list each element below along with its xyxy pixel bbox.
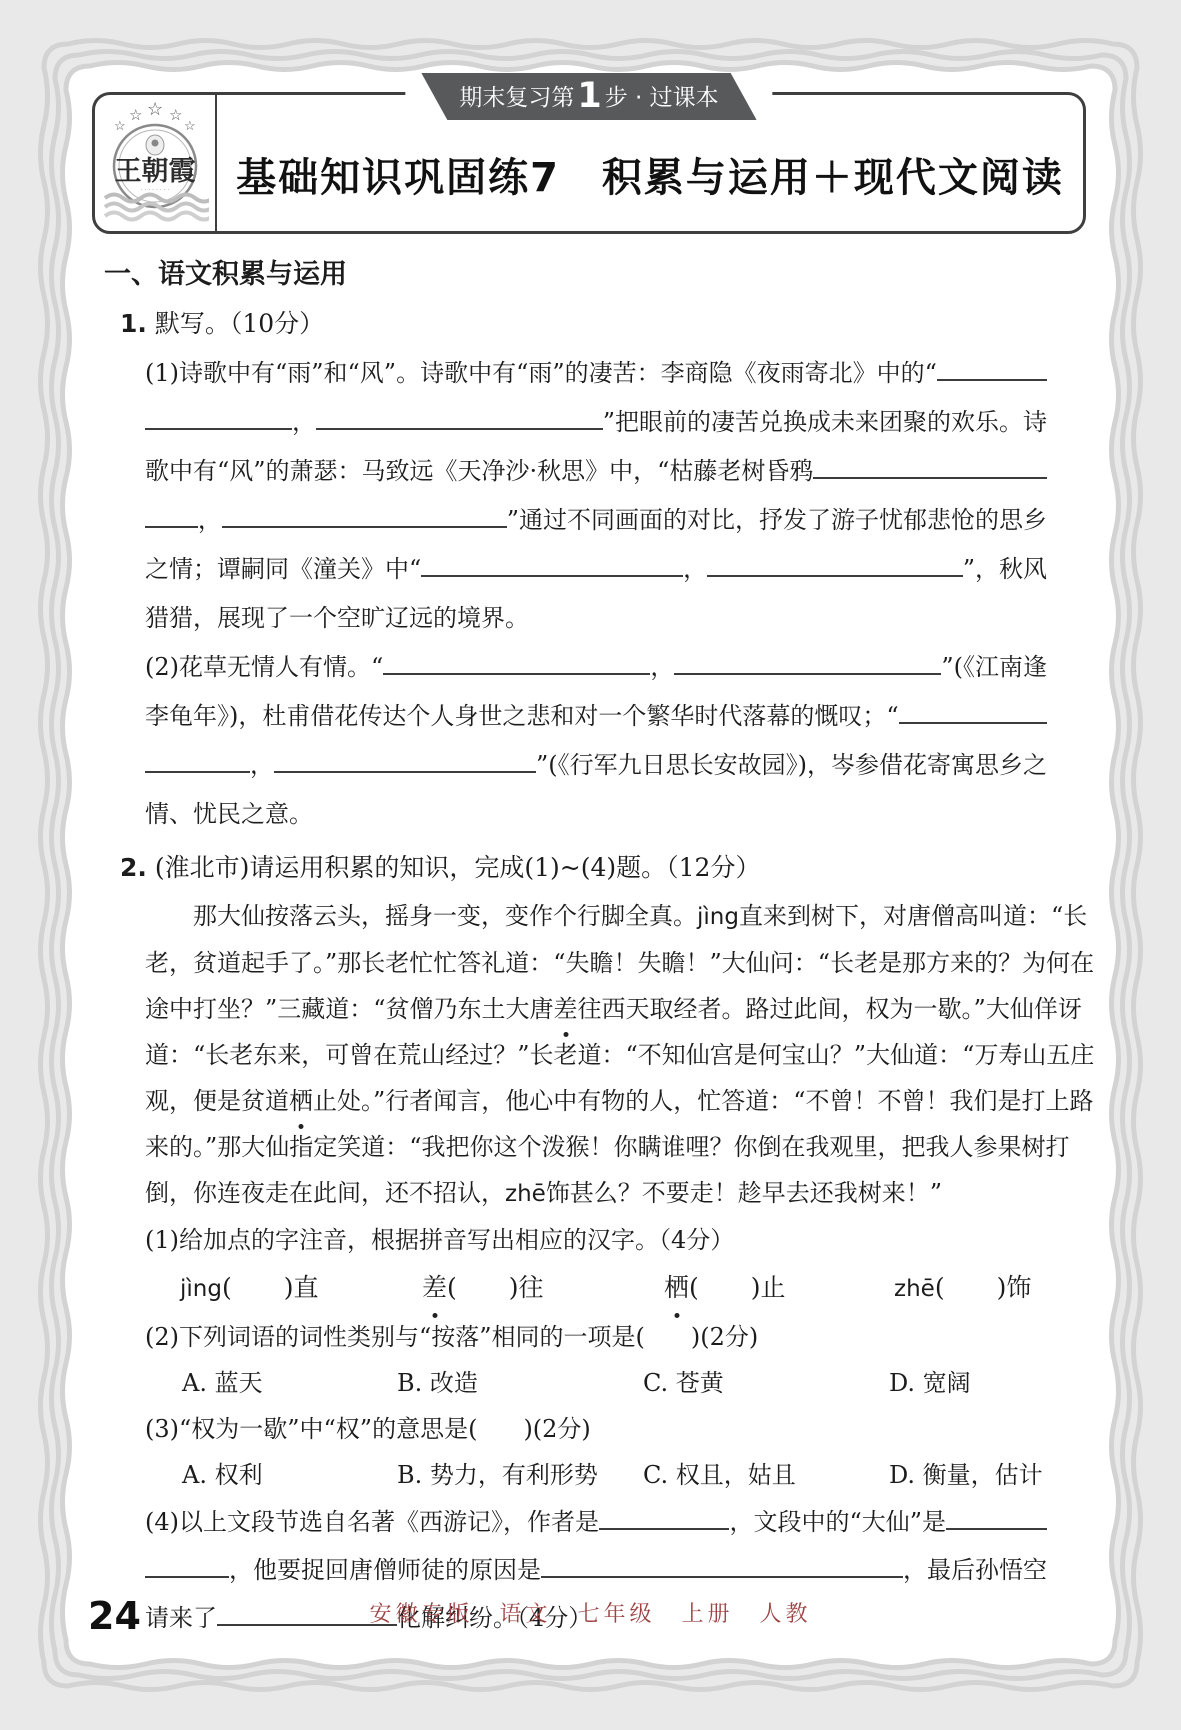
text-line: ，”(《行军九日思长安故园》)，岑参借花寄寓思乡之 xyxy=(145,741,1047,790)
subq2-options: A. 蓝天 B. 改造 C. 苍黄 D. 宽阔 xyxy=(182,1360,1111,1406)
pinyin-text: jìng xyxy=(180,1264,222,1314)
question-2-number: 2. xyxy=(120,853,147,882)
text-line: (4)以上文段节选自名著《西游记》，作者是，文段中的“大仙”是 xyxy=(145,1498,1047,1546)
blank-underline xyxy=(899,697,1047,724)
text-line: ，他要捉回唐僧师徒的原因是，最后孙悟空 xyxy=(145,1546,1047,1594)
text-run: (4)以上文段节选自名著《西游记》，作者是 xyxy=(145,1498,599,1546)
text-run: )往 xyxy=(509,1263,544,1313)
pinyin-text: jìng xyxy=(697,894,739,940)
text-run: (3)“权为一歇”中“权”的意思是( xyxy=(145,1406,477,1452)
text-line: 情、忧民之意。 xyxy=(145,790,1047,839)
text-run: ”通过不同画面的对比，抒发了游子忧郁悲怆的思乡 xyxy=(507,496,1047,545)
text-run: ，他要捉回唐僧师徒的原因是 xyxy=(229,1546,541,1594)
pinyin-item: 栖()止 xyxy=(664,1263,894,1314)
passage-line: 观，便是贫道栖止处。”行者闻言，他心中有物的人，忙答道：“不曾！不曾！我们是打上… xyxy=(145,1078,1047,1124)
blank-underline xyxy=(541,1551,903,1578)
svg-text:· · · · · · · ·: · · · · · · · · xyxy=(141,187,170,194)
text-run: (1)给加点的字注音，根据拼音写出相应的汉字。（4分） xyxy=(145,1217,734,1263)
text-run: 倒，你连夜走在此间，还不招认， xyxy=(145,1170,505,1216)
text-run: ， xyxy=(292,398,316,447)
option-c: C. 权且，姑且 xyxy=(643,1452,889,1498)
header-box: 期末复习第1步 · 过课本 ☆ ☆ ☆ ☆ ☆ 王朝霞 · · · · · · … xyxy=(92,92,1086,234)
passage-line: 来的。”那大仙指定笑道：“我把你这个泼猴！你瞒谁哩？你倒在我观里，把我人参果树打 xyxy=(145,1124,1047,1170)
text-run: 情、忧民之意。 xyxy=(145,790,313,839)
text-line: 之情；谭嗣同《潼关》中“，”，秋风 xyxy=(145,545,1047,594)
text-run: )(2分) xyxy=(691,1314,758,1360)
svg-text:☆: ☆ xyxy=(184,119,196,134)
blank-underline xyxy=(222,501,507,528)
question-2-intro: 2. (淮北市)请运用积累的知识，完成(1)~(4)题。（12分） xyxy=(120,845,1111,891)
blank-underline xyxy=(383,648,650,675)
text-run: ， xyxy=(650,643,674,692)
text-line: ，”把眼前的凄苦兑换成未来团聚的欢乐。诗 xyxy=(145,398,1047,447)
blank-underline xyxy=(946,1503,1047,1530)
text-run: ( xyxy=(935,1263,945,1313)
spacer xyxy=(147,853,155,882)
pinyin-answer-row: jìng()直 差()往 栖()止 zhē()饰 xyxy=(180,1263,1111,1314)
text-line: (1)诗歌中有“雨”和“风”。诗歌中有“雨”的凄苦：李商隐《夜雨寄北》中的“ xyxy=(145,349,1047,398)
text-line: ，”通过不同画面的对比，抒发了游子忧郁悲怆的思乡 xyxy=(145,496,1047,545)
text-line: 歌中有“风”的萧瑟：马致远《天净沙·秋思》中，“枯藤老树昏鸦 xyxy=(145,447,1047,496)
reading-passage: 那大仙按落云头，摇身一变，变作个行脚全真。jìng直来到树下，对唐僧高叫道：“长… xyxy=(70,893,1111,1217)
text-run: 猎猎，展现了一个空旷辽远的境界。 xyxy=(145,594,529,643)
option-b: B. 改造 xyxy=(397,1360,643,1406)
question-1-stem xyxy=(147,309,155,338)
text-line: (2)花草无情人有情。“，”(《江南逢 xyxy=(145,643,1047,692)
blank-underline xyxy=(316,403,603,430)
logo-brand-name: 王朝霞 xyxy=(115,156,196,187)
sub-questions: (1)给加点的字注音，根据拼音写出相应的汉字。（4分） jìng()直 差()往… xyxy=(70,1217,1111,1642)
option-c: C. 苍黄 xyxy=(643,1360,889,1406)
text-run: ， xyxy=(250,741,274,790)
text-run: ，最后孙悟空 xyxy=(903,1546,1047,1594)
option-b: B. 势力，有利形势 xyxy=(397,1452,643,1498)
svg-text:☆: ☆ xyxy=(169,106,182,124)
text-run: (2)下列词语的词性类别与“按落”相同的一项是( xyxy=(145,1314,645,1360)
text-run: 来的。”那大仙指定笑道：“我把你这个泼猴！你瞒谁哩？你倒在我观里，把我人参果树打 xyxy=(145,1124,1070,1170)
svg-text:☆: ☆ xyxy=(129,106,142,124)
text-run: 往西天取经者。路过此间，权为一歇。”大仙佯讶 xyxy=(578,986,1082,1032)
svg-text:☆: ☆ xyxy=(147,100,163,120)
blank-underline xyxy=(145,501,198,528)
blank-underline xyxy=(274,746,536,773)
text-run: ，文段中的“大仙”是 xyxy=(729,1498,946,1546)
text-run: ”把眼前的凄苦兑换成未来团聚的欢乐。诗 xyxy=(603,398,1047,447)
pinyin-text: zhē xyxy=(505,1171,546,1217)
emphasized-char: 差 xyxy=(422,1263,447,1313)
text-line: 猎猎，展现了一个空旷辽远的境界。 xyxy=(145,594,1047,643)
pinyin-item: jìng()直 xyxy=(180,1263,422,1314)
text-run: 道：“长老东来，可曾在荒山经过？”长老道：“不知仙宫是何宝山？”大仙道：“万寿山… xyxy=(145,1032,1094,1078)
text-run: )直 xyxy=(284,1263,319,1313)
text-run: 直来到树下，对唐僧高叫道：“长 xyxy=(739,893,1087,939)
publisher-logo: ☆ ☆ ☆ ☆ ☆ 王朝霞 · · · · · · · · xyxy=(95,95,217,231)
text-run: 途中打坐？”三藏道：“贫僧乃东土大唐 xyxy=(145,986,554,1032)
emphasized-char: 栖 xyxy=(664,1263,689,1313)
emphasized-char: 差 xyxy=(554,986,578,1032)
footer-imprint: 安徽专版 语文 七年级 上册 人教 xyxy=(70,1597,1111,1628)
text-run: 止处。”行者闻言，他心中有物的人，忙答道：“不曾！不曾！我们是打上路 xyxy=(313,1078,1094,1124)
badge-step-number: 1 xyxy=(577,79,601,114)
text-run: (2)花草无情人有情。“ xyxy=(145,643,383,692)
passage-line: 那大仙按落云头，摇身一变，变作个行脚全真。jìng直来到树下，对唐僧高叫道：“长 xyxy=(145,893,1047,940)
question-1-stem-text: 默写。（10分） xyxy=(155,309,324,338)
subq2-stem: (2)下列词语的词性类别与“按落”相同的一项是()(2分) xyxy=(145,1314,1047,1360)
text-run: 老，贫道起手了。”那长老忙忙答礼道：“失瞻！失瞻！”大仙问：“长老是那方来的？为… xyxy=(145,940,1094,986)
text-run: ， xyxy=(198,496,222,545)
passage-line: 道：“长老东来，可曾在荒山经过？”长老道：“不知仙宫是何宝山？”大仙道：“万寿山… xyxy=(145,1032,1047,1078)
text-run: 李龟年》)，杜甫借花传达个人身世之悲和对一个繁华时代落幕的慨叹；“ xyxy=(145,692,899,741)
passage-line: 倒，你连夜走在此间，还不招认，zhē饰甚么？不要走！趁早去还我树来！” xyxy=(145,1170,1047,1217)
page-content: 期末复习第1步 · 过课本 ☆ ☆ ☆ ☆ ☆ 王朝霞 · · · · · · … xyxy=(70,70,1111,1662)
option-a: A. 权利 xyxy=(182,1452,397,1498)
passage-line: 老，贫道起手了。”那长老忙忙答礼道：“失瞻！失瞻！”大仙问：“长老是那方来的？为… xyxy=(145,940,1047,986)
badge-text-pre: 期末复习第 xyxy=(459,79,574,112)
text-run: ( xyxy=(689,1263,699,1313)
question-1-intro: 1. 默写。（10分） xyxy=(120,301,1111,347)
worksheet-page: { "colors": {"badge_bg":"#58595b","frame… xyxy=(0,0,1181,1730)
section-heading: 一、语文积累与运用 xyxy=(104,252,1111,291)
text-run: ”(《江南逢 xyxy=(941,643,1047,692)
text-run: ( xyxy=(222,1263,232,1313)
blank-underline xyxy=(421,550,683,577)
text-line: 李龟年》)，杜甫借花传达个人身世之悲和对一个繁华时代落幕的慨叹；“ xyxy=(145,692,1047,741)
text-run: (1)诗歌中有“雨”和“风”。诗歌中有“雨”的凄苦：李商隐《夜雨寄北》中的“ xyxy=(145,349,937,398)
blank-underline xyxy=(707,550,963,577)
badge-banner: 期末复习第1步 · 过课本 xyxy=(421,73,756,120)
text-run: )止 xyxy=(751,1263,786,1313)
option-d: D. 宽阔 xyxy=(889,1360,1111,1406)
text-run: )(2分) xyxy=(523,1406,590,1452)
text-run: ”，秋风 xyxy=(963,545,1047,594)
blank-underline xyxy=(145,403,292,430)
question-1-body: (1)诗歌中有“雨”和“风”。诗歌中有“雨”的凄苦：李商隐《夜雨寄北》中的“ ，… xyxy=(70,349,1111,839)
option-a: A. 蓝天 xyxy=(182,1360,397,1406)
question-1-number: 1. xyxy=(120,309,147,338)
text-run: ， xyxy=(683,545,707,594)
blank-underline xyxy=(145,1551,229,1578)
text-run: 那大仙按落云头，摇身一变，变作个行脚全真。 xyxy=(145,893,697,939)
text-run: 歌中有“风”的萧瑟：马致远《天净沙·秋思》中，“枯藤老树昏鸦 xyxy=(145,447,813,496)
blank-underline xyxy=(937,354,1047,381)
option-d: D. 衡量，估计 xyxy=(889,1452,1111,1498)
question-2-stem-text: (淮北市)请运用积累的知识，完成(1)~(4)题。（12分） xyxy=(155,853,761,882)
passage-line: 途中打坐？”三藏道：“贫僧乃东土大唐差往西天取经者。路过此间，权为一歇。”大仙佯… xyxy=(145,986,1047,1032)
badge-text-post: 步 · 过课本 xyxy=(605,79,719,112)
logo-emblem-icon: ☆ ☆ ☆ ☆ ☆ 王朝霞 · · · · · · · · xyxy=(101,100,209,226)
text-run: ”(《行军九日思长安故园》)，岑参借花寄寓思乡之 xyxy=(536,741,1047,790)
text-run: ( xyxy=(447,1263,457,1313)
pinyin-item: 差()往 xyxy=(422,1263,664,1314)
emphasized-char: 栖 xyxy=(289,1078,313,1124)
text-run: 之情；谭嗣同《潼关》中“ xyxy=(145,545,421,594)
text-run: 观，便是贫道 xyxy=(145,1078,289,1124)
subq3-options: A. 权利 B. 势力，有利形势 C. 权且，姑且 D. 衡量，估计 xyxy=(182,1452,1111,1498)
subq1-stem: (1)给加点的字注音，根据拼音写出相应的汉字。（4分） xyxy=(145,1217,1047,1263)
text-run: 饰甚么？不要走！趁早去还我树来！” xyxy=(546,1170,942,1216)
blank-underline xyxy=(599,1503,729,1530)
blank-underline xyxy=(674,648,941,675)
blank-underline xyxy=(145,746,250,773)
blank-underline xyxy=(813,452,1047,479)
pinyin-item: zhē()饰 xyxy=(894,1263,1111,1314)
subq3-stem: (3)“权为一歇”中“权”的意思是()(2分) xyxy=(145,1406,1047,1452)
pinyin-text: zhē xyxy=(894,1264,935,1314)
page-title: 基础知识巩固练7 积累与运用＋现代文阅读 xyxy=(236,146,1064,203)
text-run: )饰 xyxy=(997,1263,1032,1313)
svg-text:☆: ☆ xyxy=(114,119,126,134)
header-badge: 期末复习第1步 · 过课本 xyxy=(405,73,772,120)
